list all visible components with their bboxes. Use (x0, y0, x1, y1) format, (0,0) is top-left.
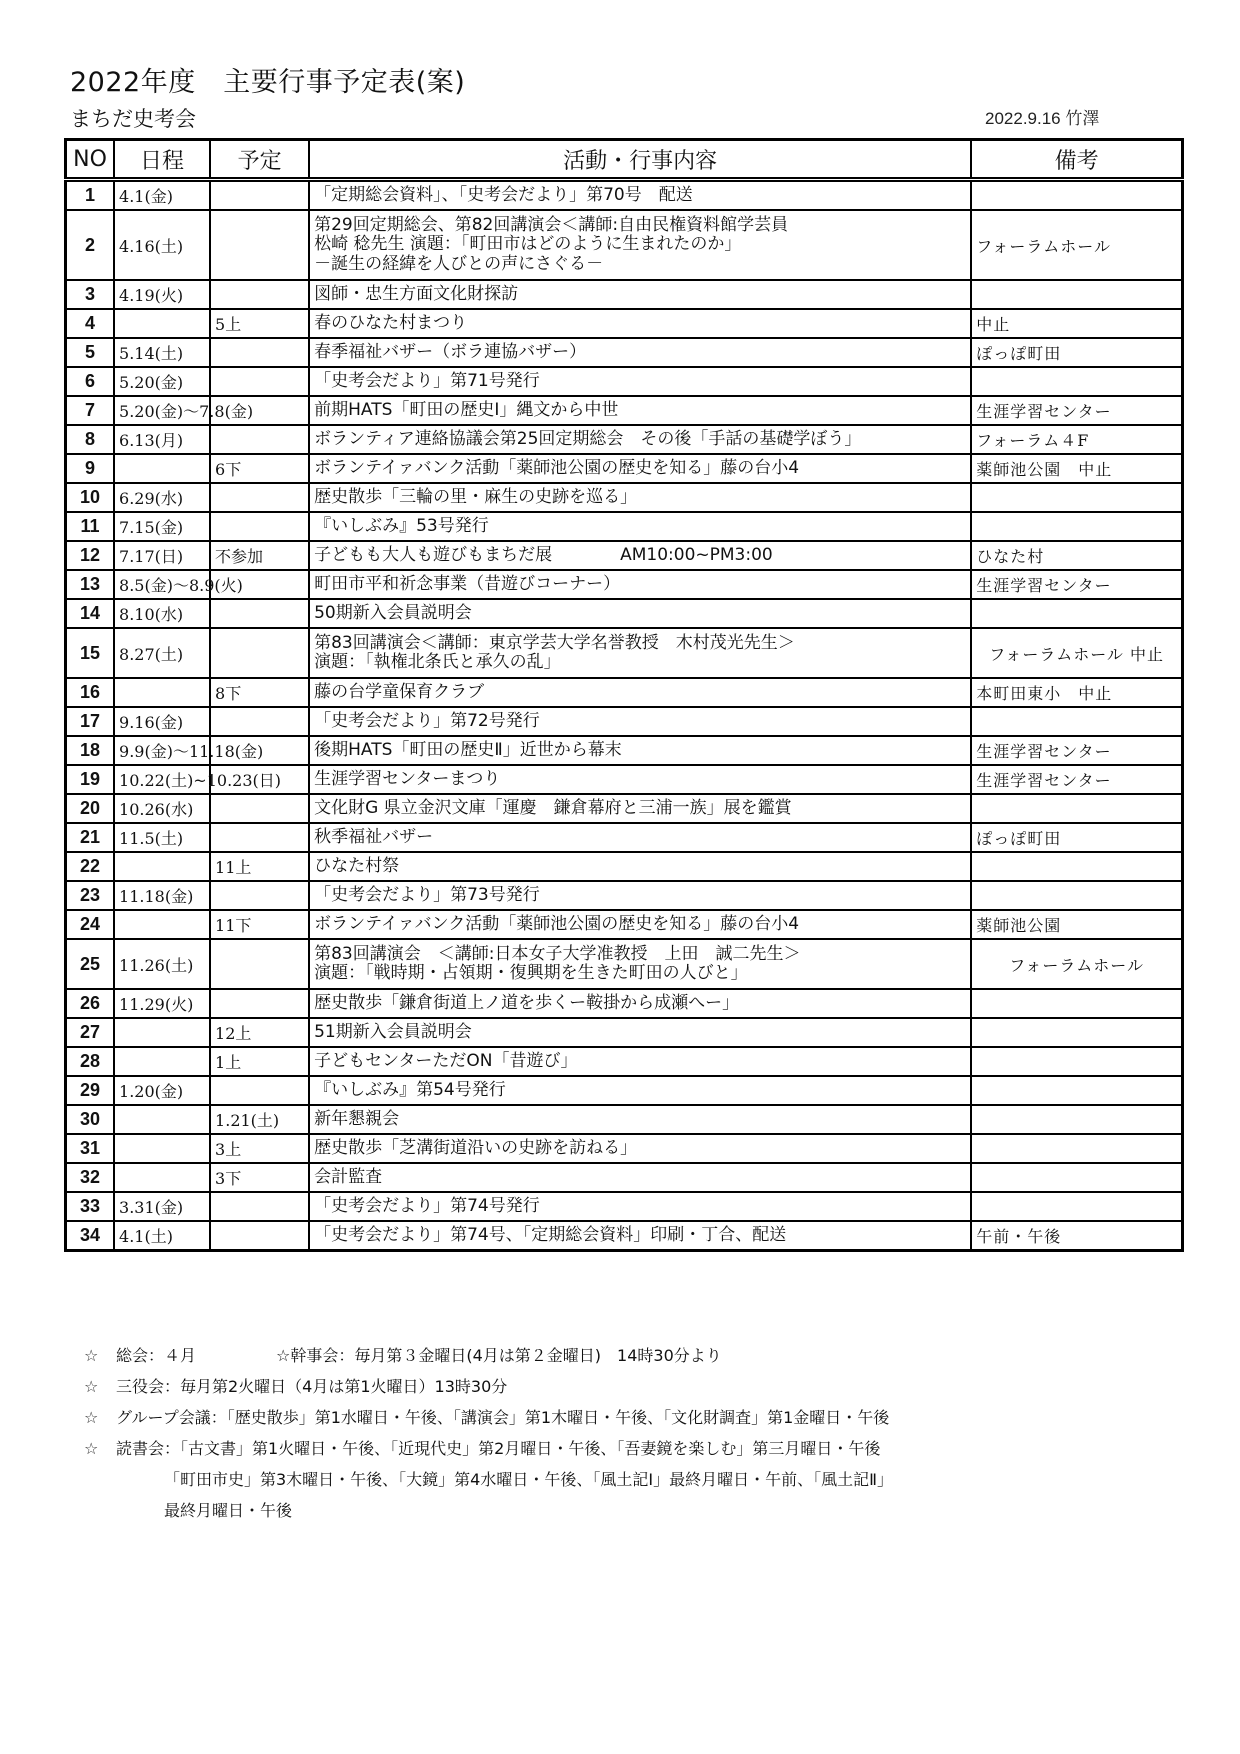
row-date: 5.14(土) (114, 338, 210, 367)
row-activity: 新年懇親会 (309, 1105, 971, 1134)
row-activity: 第83回講演会 ＜講師:日本女子大学准教授 上田 誠二先生＞ 演題：「戦時期・占… (309, 939, 971, 989)
row-note: 生涯学習センター (971, 396, 1182, 425)
row-number: 32 (66, 1163, 115, 1192)
table-row: 34.19(火)図師・忠生方面文化財探訪 (66, 280, 1183, 309)
table-row: 2611.29(火)歴史散歩「鎌倉街道上ノ道を歩くー鞍掛から成瀬へー」 (66, 989, 1183, 1018)
row-note (971, 1076, 1182, 1105)
row-number: 2 (66, 210, 115, 280)
note-officers-meeting: 三役会：毎月第2火曜日（4月は第1火曜日）13時30分 (116, 1377, 507, 1396)
table-row: 117.15(金)『いしぶみ』53号発行 (66, 512, 1183, 541)
row-plan (210, 628, 309, 678)
row-activity: 藤の台学童保育クラブ (309, 678, 971, 707)
row-plan: 5上 (210, 309, 309, 338)
table-row: 2311.18(金)「史考会だより」第73号発行 (66, 881, 1183, 910)
row-note (971, 599, 1182, 628)
row-activity: 第83回講演会＜講師：東京学芸大学名誉教授 木村茂光先生＞ 演題：「執権北条氏と… (309, 628, 971, 678)
row-activity: 文化財G 県立金沢文庫「運慶 鎌倉幕府と三浦一族」展を鑑賞 (309, 794, 971, 823)
row-number: 25 (66, 939, 115, 989)
table-row: 2111.5(土)秋季福祉バザーぽっぽ町田 (66, 823, 1183, 852)
table-row: 301.21(土)新年懇親会 (66, 1105, 1183, 1134)
row-note: ひなた村 (971, 541, 1182, 570)
note-line: 「町田市史」第3木曜日・午後、「大鏡」第4水曜日・午後、「風土記Ⅰ」最終月曜日・… (84, 1464, 893, 1495)
row-activity: 春季福祉バザー（ボラ連協バザー） (309, 338, 971, 367)
row-date: 5.20(金)～7.8(金) (114, 396, 210, 425)
row-activity: 「史考会だより」第73号発行 (309, 881, 971, 910)
row-note (971, 1105, 1182, 1134)
table-row: 96下ボランテイァバンク活動「薬師池公園の歴史を知る」藤の台小4薬師池公園 中止 (66, 454, 1183, 483)
row-note (971, 881, 1182, 910)
row-plan: 11上 (210, 852, 309, 881)
row-activity: 生涯学習センターまつり (309, 765, 971, 794)
row-date: 9.16(金) (114, 707, 210, 736)
table-row: 75.20(金)～7.8(金)前期HATS「町田の歴史Ⅰ」縄文から中世生涯学習セ… (66, 396, 1183, 425)
row-note (971, 483, 1182, 512)
row-date: 10.26(水) (114, 794, 210, 823)
row-date (114, 1047, 210, 1076)
row-plan (210, 881, 309, 910)
row-date: 8.27(土) (114, 628, 210, 678)
row-number: 31 (66, 1134, 115, 1163)
table-row: 148.10(水)50期新入会員説明会 (66, 599, 1183, 628)
row-plan: 8下 (210, 678, 309, 707)
row-activity: 歴史散歩「鎌倉街道上ノ道を歩くー鞍掛から成瀬へー」 (309, 989, 971, 1018)
row-date (114, 454, 210, 483)
row-number: 15 (66, 628, 115, 678)
schedule-table: NO 日程 予定 活動・行事内容 備考 14.1(金)「定期総会資料」、「史考会… (64, 138, 1184, 1252)
row-activity: 会計監査 (309, 1163, 971, 1192)
row-activity: 『いしぶみ』53号発行 (309, 512, 971, 541)
table-row: 138.5(金)～8.9(火)町田市平和祈念事業（昔遊びコーナー）生涯学習センタ… (66, 570, 1183, 599)
row-date: 4.19(火) (114, 280, 210, 309)
row-date (114, 1163, 210, 1192)
column-header-note: 備考 (971, 140, 1182, 180)
table-row: 323下会計監査 (66, 1163, 1183, 1192)
row-number: 26 (66, 989, 115, 1018)
table-row: 313上歴史散歩「芝溝街道沿いの史跡を訪ねる」 (66, 1134, 1183, 1163)
row-plan (210, 425, 309, 454)
row-date: 11.5(土) (114, 823, 210, 852)
row-activity: 歴史散歩「芝溝街道沿いの史跡を訪ねる」 (309, 1134, 971, 1163)
star-icon: ☆ (84, 1402, 116, 1433)
row-plan (210, 707, 309, 736)
row-number: 20 (66, 794, 115, 823)
row-number: 11 (66, 512, 115, 541)
row-note (971, 280, 1182, 309)
row-date: 4.1(金) (114, 180, 210, 211)
row-number: 10 (66, 483, 115, 512)
row-number: 27 (66, 1018, 115, 1047)
note-reading-group: 読書会：「古文書」第1火曜日・午後、「近現代史」第2月曜日・午後、「吾妻鏡を楽し… (116, 1439, 880, 1458)
row-date (114, 910, 210, 939)
row-note (971, 512, 1182, 541)
row-note (971, 1047, 1182, 1076)
row-activity: 『いしぶみ』第54号発行 (309, 1076, 971, 1105)
table-row: 2511.26(土)第83回講演会 ＜講師:日本女子大学准教授 上田 誠二先生＞… (66, 939, 1183, 989)
row-date: 11.26(土) (114, 939, 210, 989)
row-activity: 後期HATS「町田の歴史Ⅱ」近世から幕末 (309, 736, 971, 765)
row-date: 8.10(水) (114, 599, 210, 628)
row-plan (210, 280, 309, 309)
row-activity: 春のひなた村まつり (309, 309, 971, 338)
row-plan (210, 1192, 309, 1221)
row-plan (210, 794, 309, 823)
row-date (114, 1105, 210, 1134)
row-plan (210, 599, 309, 628)
star-icon: ☆ (84, 1371, 116, 1402)
row-note: フォーラムホール (971, 939, 1182, 989)
note-general-meeting: 総会：４月 (116, 1346, 196, 1365)
column-header-no: NO (66, 140, 115, 180)
row-note: 薬師池公園 中止 (971, 454, 1182, 483)
row-plan: 不参加 (210, 541, 309, 570)
row-number: 30 (66, 1105, 115, 1134)
row-date: 5.20(金) (114, 367, 210, 396)
row-date: 1.20(金) (114, 1076, 210, 1105)
row-plan: 11下 (210, 910, 309, 939)
row-number: 21 (66, 823, 115, 852)
note-board-meeting: ☆幹事会：毎月第３金曜日(4月は第２金曜日) 14時30分より (276, 1346, 722, 1365)
row-date: 4.1(土) (114, 1221, 210, 1251)
table-row: 127.17(日)不参加子どもも大人も遊びもまちだ展 AM10:00~PM3:0… (66, 541, 1183, 570)
row-number: 34 (66, 1221, 115, 1251)
table-row: 344.1(土)「史考会だより」第74号、「定期総会資料」印刷・丁合、配送午前・… (66, 1221, 1183, 1251)
row-number: 8 (66, 425, 115, 454)
row-number: 17 (66, 707, 115, 736)
row-number: 33 (66, 1192, 115, 1221)
row-activity: ボランテイァバンク活動「薬師池公園の歴史を知る」藤の台小4 (309, 454, 971, 483)
table-row: 106.29(水)歴史散歩「三輪の里・麻生の史跡を巡る」 (66, 483, 1183, 512)
row-date (114, 309, 210, 338)
row-number: 1 (66, 180, 115, 211)
row-note (971, 180, 1182, 211)
row-date: 11.29(火) (114, 989, 210, 1018)
row-date (114, 1134, 210, 1163)
row-activity: 町田市平和祈念事業（昔遊びコーナー） (309, 570, 971, 599)
table-header-row: NO 日程 予定 活動・行事内容 備考 (66, 140, 1183, 180)
row-number: 5 (66, 338, 115, 367)
row-number: 12 (66, 541, 115, 570)
row-note: 本町田東小 中止 (971, 678, 1182, 707)
table-row: 281上子どもセンターただON「昔遊び」 (66, 1047, 1183, 1076)
column-header-date: 日程 (114, 140, 210, 180)
row-plan (210, 483, 309, 512)
column-header-activity: 活動・行事内容 (309, 140, 971, 180)
row-note: ぽっぽ町田 (971, 823, 1182, 852)
row-activity: 「定期総会資料」、「史考会だより」第70号 配送 (309, 180, 971, 211)
table-row: 86.13(月)ボランティア連絡協議会第25回定期総会 その後「手話の基礎学ぼう… (66, 425, 1183, 454)
row-note: 中止 (971, 309, 1182, 338)
star-icon: ☆ (84, 1433, 116, 1464)
row-number: 13 (66, 570, 115, 599)
table-row: 45上春のひなた村まつり中止 (66, 309, 1183, 338)
table-row: 291.20(金)『いしぶみ』第54号発行 (66, 1076, 1183, 1105)
note-line: ☆読書会：「古文書」第1火曜日・午後、「近現代史」第2月曜日・午後、「吾妻鏡を楽… (84, 1433, 893, 1464)
row-number: 29 (66, 1076, 115, 1105)
row-note: 午前・午後 (971, 1221, 1182, 1251)
row-plan (210, 367, 309, 396)
row-date: 8.5(金)～8.9(火) (114, 570, 210, 599)
row-plan: 3下 (210, 1163, 309, 1192)
row-date: 6.13(月) (114, 425, 210, 454)
row-plan (210, 1076, 309, 1105)
organization-name: まちだ史考会 (70, 103, 196, 133)
row-date: 4.16(土) (114, 210, 210, 280)
row-date: 9.9(金)～11.18(金) (114, 736, 210, 765)
row-plan: 1上 (210, 1047, 309, 1076)
row-activity: 第29回定期総会、第82回講演会＜講師:自由民権資料館学芸員 松崎 稔先生 演題… (309, 210, 971, 280)
row-activity: 「史考会だより」第72号発行 (309, 707, 971, 736)
row-activity: 子どもセンターただON「昔遊び」 (309, 1047, 971, 1076)
row-plan (210, 1221, 309, 1251)
row-activity: 秋季福祉バザー (309, 823, 971, 852)
row-number: 4 (66, 309, 115, 338)
row-note (971, 1163, 1182, 1192)
note-line: ☆総会：４月☆幹事会：毎月第３金曜日(4月は第２金曜日) 14時30分より (84, 1340, 893, 1371)
row-number: 19 (66, 765, 115, 794)
row-date (114, 678, 210, 707)
row-number: 28 (66, 1047, 115, 1076)
row-note (971, 1192, 1182, 1221)
row-number: 6 (66, 367, 115, 396)
row-plan (210, 210, 309, 280)
table-row: 2411下ボランテイァバンク活動「薬師池公園の歴史を知る」藤の台小4薬師池公園 (66, 910, 1183, 939)
row-note (971, 989, 1182, 1018)
table-row: 333.31(金)「史考会だより」第74号発行 (66, 1192, 1183, 1221)
row-plan: 3上 (210, 1134, 309, 1163)
row-date: 10.22(土)~10.23(日) (114, 765, 210, 794)
row-note: 生涯学習センター (971, 736, 1182, 765)
row-number: 7 (66, 396, 115, 425)
table-row: 65.20(金)「史考会だより」第71号発行 (66, 367, 1183, 396)
row-plan (210, 939, 309, 989)
note-group-meetings: グループ会議：「歴史散歩」第1水曜日・午後、「講演会」第1木曜日・午後、「文化財… (116, 1408, 889, 1427)
row-note: 生涯学習センター (971, 765, 1182, 794)
schedule-table-body: 14.1(金)「定期総会資料」、「史考会だより」第70号 配送24.16(土)第… (66, 180, 1183, 1251)
row-activity: ボランテイァバンク活動「薬師池公園の歴史を知る」藤の台小4 (309, 910, 971, 939)
note-line: ☆グループ会議：「歴史散歩」第1水曜日・午後、「講演会」第1木曜日・午後、「文化… (84, 1402, 893, 1433)
row-activity: 「史考会だより」第74号発行 (309, 1192, 971, 1221)
table-row: 1910.22(土)~10.23(日)生涯学習センターまつり生涯学習センター (66, 765, 1183, 794)
row-activity: 「史考会だより」第71号発行 (309, 367, 971, 396)
row-activity: ボランティア連絡協議会第25回定期総会 その後「手話の基礎学ぼう」 (309, 425, 971, 454)
note-line: 最終月曜日・午後 (84, 1495, 893, 1526)
row-date (114, 852, 210, 881)
table-row: 2211上ひなた村祭 (66, 852, 1183, 881)
table-row: 14.1(金)「定期総会資料」、「史考会だより」第70号 配送 (66, 180, 1183, 211)
row-number: 18 (66, 736, 115, 765)
row-number: 24 (66, 910, 115, 939)
row-activity: ひなた村祭 (309, 852, 971, 881)
row-date: 7.15(金) (114, 512, 210, 541)
table-row: 2712上51期新入会員説明会 (66, 1018, 1183, 1047)
row-activity: 子どもも大人も遊びもまちだ展 AM10:00~PM3:00 (309, 541, 971, 570)
page-title: 2022年度 主要行事予定表(案) (70, 60, 465, 99)
row-activity: 歴史散歩「三輪の里・麻生の史跡を巡る」 (309, 483, 971, 512)
table-row: 55.14(土)春季福祉バザー（ボラ連協バザー）ぽっぽ町田 (66, 338, 1183, 367)
row-plan: 6下 (210, 454, 309, 483)
row-note: フォーラムホール (971, 210, 1182, 280)
row-plan: 12上 (210, 1018, 309, 1047)
row-plan (210, 180, 309, 211)
note-line: ☆三役会：毎月第2火曜日（4月は第1火曜日）13時30分 (84, 1371, 893, 1402)
row-number: 14 (66, 599, 115, 628)
row-plan (210, 989, 309, 1018)
row-date: 3.31(金) (114, 1192, 210, 1221)
row-note (971, 852, 1182, 881)
row-note: ぽっぽ町田 (971, 338, 1182, 367)
column-header-plan: 予定 (210, 140, 309, 180)
row-activity: 51期新入会員説明会 (309, 1018, 971, 1047)
row-activity: 「史考会だより」第74号、「定期総会資料」印刷・丁合、配送 (309, 1221, 971, 1251)
table-row: 2010.26(水)文化財G 県立金沢文庫「運慶 鎌倉幕府と三浦一族」展を鑑賞 (66, 794, 1183, 823)
row-note: 薬師池公園 (971, 910, 1182, 939)
row-plan: 1.21(土) (210, 1105, 309, 1134)
row-activity: 50期新入会員説明会 (309, 599, 971, 628)
row-number: 23 (66, 881, 115, 910)
row-number: 3 (66, 280, 115, 309)
row-date: 7.17(日) (114, 541, 210, 570)
table-row: 189.9(金)～11.18(金)後期HATS「町田の歴史Ⅱ」近世から幕末生涯学… (66, 736, 1183, 765)
row-number: 16 (66, 678, 115, 707)
row-number: 9 (66, 454, 115, 483)
row-activity: 図師・忠生方面文化財探訪 (309, 280, 971, 309)
row-date: 6.29(水) (114, 483, 210, 512)
row-number: 22 (66, 852, 115, 881)
row-activity: 前期HATS「町田の歴史Ⅰ」縄文から中世 (309, 396, 971, 425)
star-icon: ☆ (84, 1340, 116, 1371)
notes-section: ☆総会：４月☆幹事会：毎月第３金曜日(4月は第２金曜日) 14時30分より ☆三… (84, 1340, 893, 1526)
row-note: 生涯学習センター (971, 570, 1182, 599)
table-row: 158.27(土)第83回講演会＜講師：東京学芸大学名誉教授 木村茂光先生＞ 演… (66, 628, 1183, 678)
row-plan (210, 338, 309, 367)
row-note (971, 707, 1182, 736)
date-author: 2022.9.16 竹澤 (985, 104, 1099, 129)
row-plan (210, 823, 309, 852)
row-note (971, 1134, 1182, 1163)
row-date (114, 1018, 210, 1047)
row-plan (210, 512, 309, 541)
row-note (971, 367, 1182, 396)
row-note (971, 1018, 1182, 1047)
row-note: フォーラムホール 中止 (971, 628, 1182, 678)
row-note (971, 794, 1182, 823)
row-date: 11.18(金) (114, 881, 210, 910)
row-note: フォーラム４F (971, 425, 1182, 454)
table-row: 24.16(土)第29回定期総会、第82回講演会＜講師:自由民権資料館学芸員 松… (66, 210, 1183, 280)
table-row: 179.16(金)「史考会だより」第72号発行 (66, 707, 1183, 736)
table-row: 168下藤の台学童保育クラブ本町田東小 中止 (66, 678, 1183, 707)
